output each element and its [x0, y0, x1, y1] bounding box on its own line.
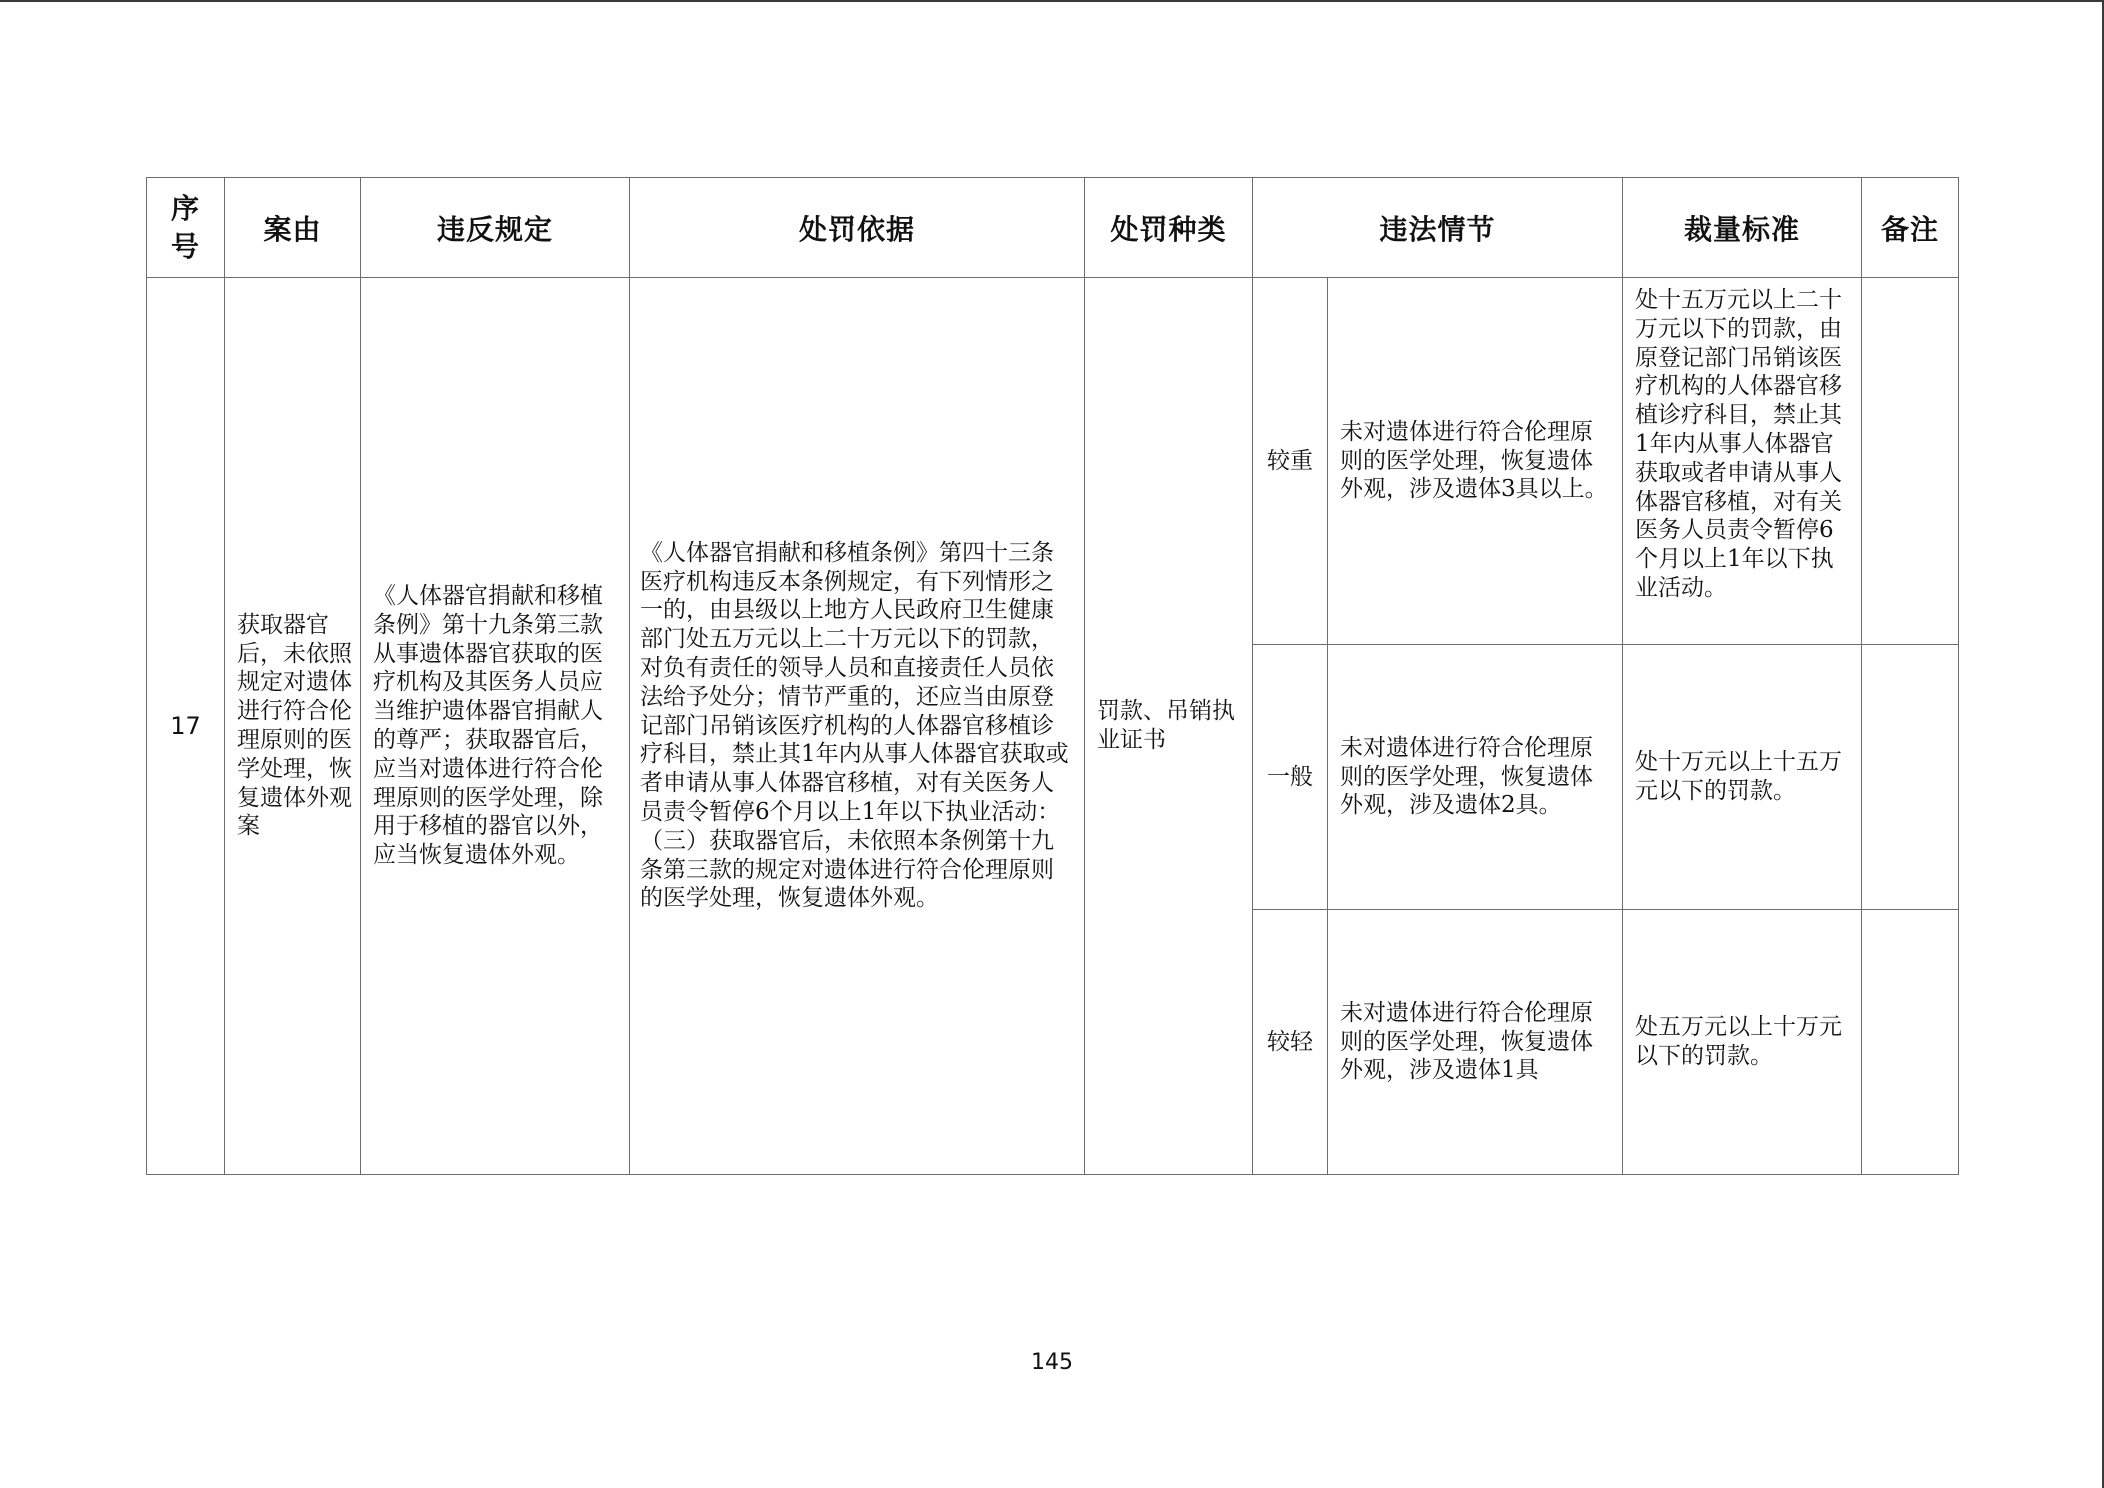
penalty-basis-text: 《人体器官捐献和移植条例》第四十三条医疗机构违反本条例规定，有下列情形之一的，由… — [630, 539, 1084, 913]
header-penalty-basis: 处罚依据 — [630, 178, 1085, 278]
penalty-basis-cell: 《人体器官捐献和移植条例》第四十三条医疗机构违反本条例规定，有下列情形之一的，由… — [630, 278, 1085, 1175]
violated-provision-text: 《人体器官捐献和移植条例》第十九条第三款从事遗体器官获取的医疗机构及其医务人员应… — [361, 582, 629, 870]
remarks-severe — [1862, 278, 1959, 645]
seq-cell: 17 — [147, 278, 225, 1175]
standard-severe: 处十五万元以上二十万元以下的罚款，由原登记部门吊销该医疗机构的人体器官移植诊疗科… — [1623, 278, 1861, 603]
penalty-type-cell: 罚款、吊销执业证书 — [1085, 278, 1253, 1175]
remarks-minor — [1862, 910, 1959, 1175]
standard-severe-cell: 处十五万元以上二十万元以下的罚款，由原登记部门吊销该医疗机构的人体器官移植诊疗科… — [1623, 278, 1862, 645]
level-minor: 较轻 — [1253, 910, 1328, 1175]
header-row: 序号 案由 违反规定 处罚依据 处罚种类 违法情节 裁量标准 备注 — [147, 178, 1959, 278]
description-minor-cell: 未对遗体进行符合伦理原则的医学处理，恢复遗体外观，涉及遗体1具 — [1328, 910, 1623, 1175]
page-top-border — [0, 0, 2104, 2]
header-violated-provision: 违反规定 — [361, 178, 630, 278]
description-severe: 未对遗体进行符合伦理原则的医学处理，恢复遗体外观，涉及遗体3具以上。 — [1328, 418, 1622, 504]
level-severe: 较重 — [1253, 278, 1328, 645]
description-severe-cell: 未对遗体进行符合伦理原则的医学处理，恢复遗体外观，涉及遗体3具以上。 — [1328, 278, 1623, 645]
header-discretion-standard: 裁量标准 — [1623, 178, 1862, 278]
violated-provision-cell: 《人体器官捐献和移植条例》第十九条第三款从事遗体器官获取的医疗机构及其医务人员应… — [361, 278, 630, 1175]
table-row: 17 获取器官后，未依照规定对遗体进行符合伦理原则的医学处理，恢复遗体外观案 《… — [147, 278, 1959, 645]
remarks-general — [1862, 645, 1959, 910]
header-seq: 序号 — [147, 178, 225, 278]
header-seq-label: 序号 — [171, 190, 201, 266]
standard-minor-cell: 处五万元以上十万元以下的罚款。 — [1623, 910, 1862, 1175]
description-general-cell: 未对遗体进行符合伦理原则的医学处理，恢复遗体外观，涉及遗体2具。 — [1328, 645, 1623, 910]
description-minor: 未对遗体进行符合伦理原则的医学处理，恢复遗体外观，涉及遗体1具 — [1328, 999, 1622, 1085]
standard-minor: 处五万元以上十万元以下的罚款。 — [1623, 1013, 1861, 1071]
standard-general-cell: 处十万元以上十五万元以下的罚款。 — [1623, 645, 1862, 910]
standard-general: 处十万元以上十五万元以下的罚款。 — [1623, 748, 1861, 806]
penalty-discretion-table: 序号 案由 违反规定 处罚依据 处罚种类 违法情节 裁量标准 备注 17 获取器… — [146, 177, 1959, 1175]
header-cause: 案由 — [225, 178, 361, 278]
header-remarks: 备注 — [1862, 178, 1959, 278]
level-general: 一般 — [1253, 645, 1328, 910]
penalty-type-text: 罚款、吊销执业证书 — [1085, 697, 1252, 755]
header-penalty-type: 处罚种类 — [1085, 178, 1253, 278]
page-number: 145 — [1002, 1350, 1102, 1375]
description-general: 未对遗体进行符合伦理原则的医学处理，恢复遗体外观，涉及遗体2具。 — [1328, 734, 1622, 820]
cause-cell: 获取器官后，未依照规定对遗体进行符合伦理原则的医学处理，恢复遗体外观案 — [225, 278, 361, 1175]
header-circumstances: 违法情节 — [1253, 178, 1623, 278]
cause-text: 获取器官后，未依照规定对遗体进行符合伦理原则的医学处理，恢复遗体外观案 — [225, 611, 360, 841]
